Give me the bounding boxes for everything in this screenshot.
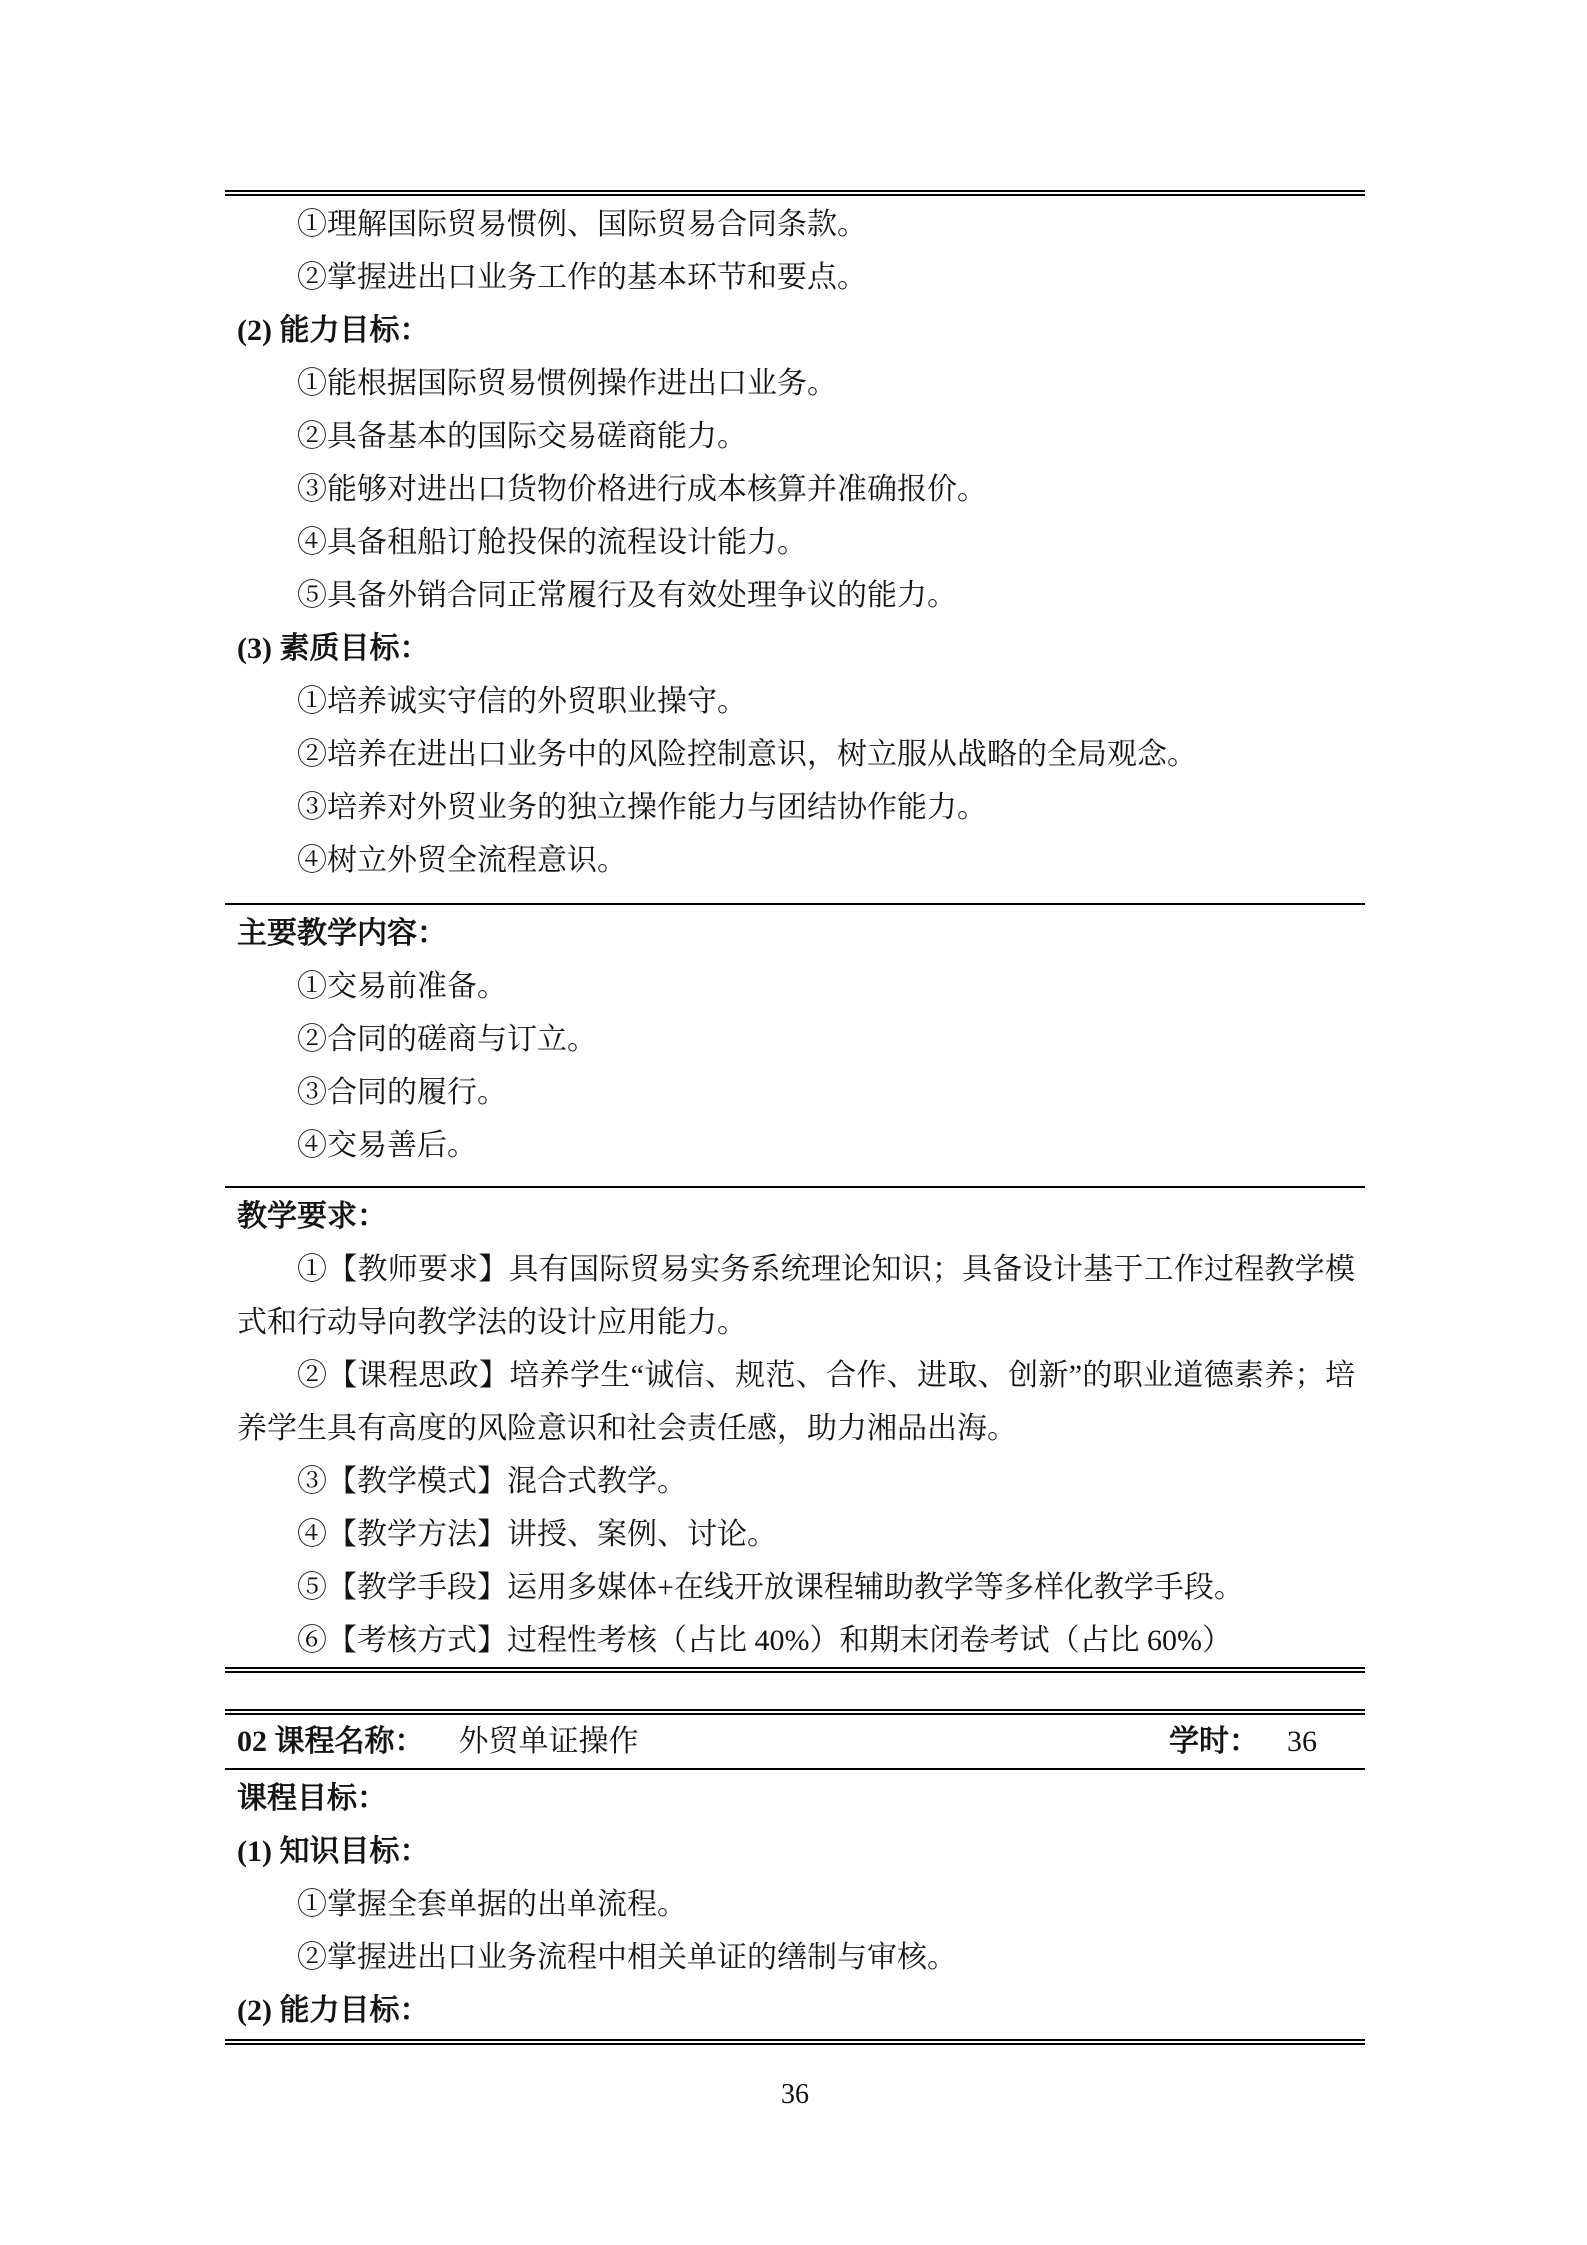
ability-item: ⑤具备外销合同正常履行及有效处理争议的能力。 — [237, 569, 1355, 622]
teaching-requirement-item: ②【课程思政】培养学生“诚信、规范、合作、进取、创新”的职业道德素养；培养学生具… — [237, 1349, 1355, 1455]
course-objectives-header: 课程目标： — [237, 1772, 1355, 1825]
course1-objectives-section: ①理解国际贸易惯例、国际贸易合同条款。 ②掌握进出口业务工作的基本环节和要点。 … — [225, 196, 1365, 903]
course2-title-row: 02 课程名称： 外贸单证操作 学时： 36 — [225, 1715, 1365, 1770]
teaching-content-item: ①交易前准备。 — [237, 960, 1355, 1013]
ability-goals-header: (2) 能力目标： — [237, 1984, 1355, 2037]
course1-table-continued: ①理解国际贸易惯例、国际贸易合同条款。 ②掌握进出口业务工作的基本环节和要点。 … — [225, 190, 1365, 1673]
quality-item: ②培养在进出口业务中的风险控制意识，树立服从战略的全局观念。 — [237, 728, 1355, 781]
teaching-requirements-header: 教学要求： — [237, 1190, 1355, 1243]
teaching-content-section: 主要教学内容： ①交易前准备。 ②合同的磋商与订立。 ③合同的履行。 ④交易善后… — [225, 903, 1365, 1186]
knowledge-item: ②掌握进出口业务流程中相关单证的缮制与审核。 — [237, 1931, 1355, 1984]
knowledge-item: ②掌握进出口业务工作的基本环节和要点。 — [237, 251, 1355, 304]
ability-item: ①能根据国际贸易惯例操作进出口业务。 — [237, 357, 1355, 410]
teaching-content-header: 主要教学内容： — [237, 907, 1355, 960]
quality-item: ③培养对外贸业务的独立操作能力与团结协作能力。 — [237, 781, 1355, 834]
course-number: 02 — [237, 1715, 267, 1768]
teaching-content-item: ④交易善后。 — [237, 1119, 1355, 1172]
quality-item: ④树立外贸全流程意识。 — [237, 834, 1355, 887]
document-page: ①理解国际贸易惯例、国际贸易合同条款。 ②掌握进出口业务工作的基本环节和要点。 … — [0, 0, 1587, 2245]
course-name: 外贸单证操作 — [459, 1715, 639, 1768]
course2-table: 02 课程名称： 外贸单证操作 学时： 36 课程目标： (1) 知识目标： ①… — [225, 1709, 1365, 2045]
course-name-label: 课程名称： — [275, 1715, 425, 1768]
course2-objectives-section: 课程目标： (1) 知识目标： ①掌握全套单据的出单流程。 ②掌握进出口业务流程… — [225, 1770, 1365, 2039]
teaching-requirement-item: ⑥【考核方式】过程性考核（占比 40%）和期末闭卷考试（占比 60%） — [237, 1614, 1355, 1667]
knowledge-item: ①掌握全套单据的出单流程。 — [237, 1878, 1355, 1931]
knowledge-item: ①理解国际贸易惯例、国际贸易合同条款。 — [237, 198, 1355, 251]
teaching-content-item: ②合同的磋商与订立。 — [237, 1013, 1355, 1066]
page-number: 36 — [225, 2075, 1365, 2115]
teaching-content-item: ③合同的履行。 — [237, 1066, 1355, 1119]
teaching-requirement-item: ③【教学模式】混合式教学。 — [237, 1455, 1355, 1508]
ability-item: ④具备租船订舱投保的流程设计能力。 — [237, 516, 1355, 569]
page-content: ①理解国际贸易惯例、国际贸易合同条款。 ②掌握进出口业务工作的基本环节和要点。 … — [225, 190, 1365, 2115]
quality-item: ①培养诚实守信的外贸职业操守。 — [237, 675, 1355, 728]
ability-goals-header: (2) 能力目标： — [237, 304, 1355, 357]
knowledge-goals-header: (1) 知识目标： — [237, 1825, 1355, 1878]
table-gap — [225, 1673, 1365, 1709]
hours-label: 学时： — [1169, 1715, 1259, 1768]
teaching-requirements-section: 教学要求： ①【教师要求】具有国际贸易实务系统理论知识；具备设计基于工作过程教学… — [225, 1186, 1365, 1667]
teaching-requirement-item: ①【教师要求】具有国际贸易实务系统理论知识；具备设计基于工作过程教学模式和行动导… — [237, 1243, 1355, 1349]
ability-item: ②具备基本的国际交易磋商能力。 — [237, 410, 1355, 463]
hours-value: 36 — [1287, 1715, 1317, 1768]
ability-item: ③能够对进出口货物价格进行成本核算并准确报价。 — [237, 463, 1355, 516]
teaching-requirement-item: ⑤【教学手段】运用多媒体+在线开放课程辅助教学等多样化教学手段。 — [237, 1561, 1355, 1614]
teaching-requirement-item: ④【教学方法】讲授、案例、讨论。 — [237, 1508, 1355, 1561]
quality-goals-header: (3) 素质目标： — [237, 622, 1355, 675]
